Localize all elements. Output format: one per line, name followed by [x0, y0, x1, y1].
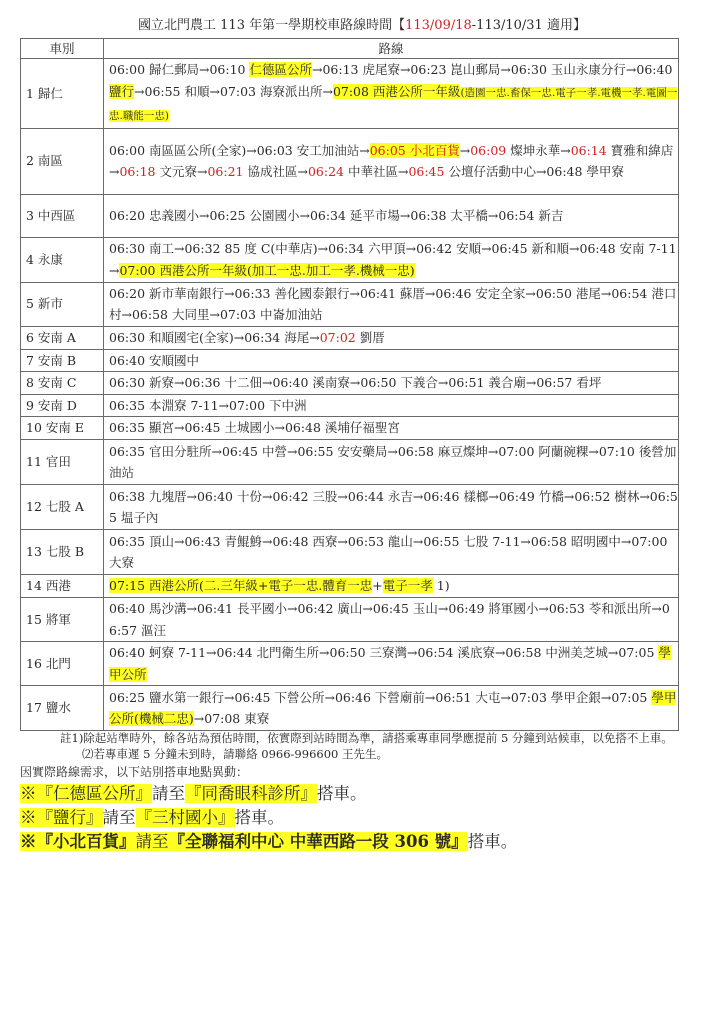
- table-row: 10 安南 E06:35 顯宮→06:45 土城國小→06:48 溪埔仔福聖宮: [21, 417, 679, 440]
- table-row: 12 七股 A06:38 九塊厝→06:40 十份→06:42 三股→06:44…: [21, 485, 679, 530]
- bus-name: 17 鹽水: [21, 686, 104, 731]
- bus-name: 4 永康: [21, 237, 104, 282]
- route-cell: 07:15 西港公所(二.三年級+電子一忠.體育一忠+電子一孝 1): [104, 575, 679, 598]
- highlighted-stop: 06:05: [370, 143, 406, 158]
- highlighted-stop: 電子一孝: [383, 578, 433, 593]
- title-suffix: -113/10/31 適用】: [472, 18, 586, 33]
- bus-name: 16 北門: [21, 642, 104, 686]
- table-row: 11 官田06:35 官田分駐所→06:45 中營→06:55 安安藥局→06:…: [21, 440, 679, 485]
- highlighted-stop: 鹽行: [109, 84, 134, 99]
- route-text: →: [460, 143, 470, 158]
- table-row: 5 新市06:20 新市華南銀行→06:33 善化國泰銀行→06:41 蘇厝→0…: [21, 282, 679, 326]
- route-text: 06:20 新市華南銀行→06:33 善化國泰銀行→06:41 蘇厝→06:46…: [109, 286, 676, 323]
- bus-name: 5 新市: [21, 282, 104, 326]
- title-date-start: 113/09/18: [405, 18, 472, 33]
- route-text: 06:14: [571, 143, 607, 158]
- route-text: 06:35 頂山→06:43 青鯤鯓→06:48 西寮→06:53 龍山→06:…: [109, 534, 667, 571]
- route-cell: 06:20 忠義國小→06:25 公園國小→06:34 延平市場→06:38 太…: [104, 194, 679, 237]
- bus-name: 2 南區: [21, 128, 104, 194]
- stop-change-item: ※『鹽行』請至『三村國小』搭車。: [20, 806, 517, 830]
- highlighted-stop: 07:15 西港公所(二.三年級+電子一忠.體育一忠: [109, 578, 372, 593]
- bus-name: 11 官田: [21, 440, 104, 485]
- table-row: 17 鹽水06:25 鹽水第一銀行→06:45 下營公所→06:46 下營廟前→…: [21, 686, 679, 731]
- change-instruction: 請至: [103, 808, 136, 827]
- route-cell: 06:40 安順國中: [104, 349, 679, 372]
- route-text: 06:30 和順國宅(全家)→06:34 海尾→: [109, 330, 320, 345]
- route-text: 06:45: [408, 164, 444, 179]
- route-text: →06:55 和順→07:03 海寮派出所→: [134, 84, 333, 99]
- route-cell: 06:35 顯宮→06:45 土城國小→06:48 溪埔仔福聖宮: [104, 417, 679, 440]
- route-text: →06:13 虎尾寮→06:23 崑山郵局→06:30 玉山永康分行→06:40: [312, 62, 672, 77]
- bus-name: 7 安南 B: [21, 349, 104, 372]
- header-route: 路線: [104, 39, 679, 59]
- table-header-row: 車別 路線: [21, 39, 679, 59]
- highlighted-stop: 仁德區公所: [249, 62, 312, 77]
- bus-name: 14 西港: [21, 575, 104, 598]
- route-cell: 06:20 新市華南銀行→06:33 善化國泰銀行→06:41 蘇厝→06:46…: [104, 282, 679, 326]
- header-bus: 車別: [21, 39, 104, 59]
- old-stop: ※『鹽行』: [20, 808, 103, 827]
- page-title: 國立北門農工 113 年第一學期校車路線時間【113/09/18-113/10/…: [0, 14, 724, 33]
- table-row: 1 歸仁06:00 歸仁郵局→06:10 仁德區公所→06:13 虎尾寮→06:…: [21, 59, 679, 129]
- bus-name: 6 安南 A: [21, 326, 104, 349]
- table-row: 4 永康06:30 南工→06:32 85 度 C(中華店)→06:34 六甲頂…: [21, 237, 679, 282]
- route-text: 06:00 南區區公所(全家)→06:03 安工加油站→: [109, 143, 370, 158]
- route-text: 06:00 歸仁郵局→06:10: [109, 62, 249, 77]
- note-2: ⑵若專車遲 5 分鐘未到時，請聯絡 0966-996600 王先生。: [82, 746, 724, 762]
- highlighted-stop: 07:08 西港公所一年級: [333, 84, 461, 99]
- route-text: 協成社區→: [244, 164, 308, 179]
- bus-name: 3 中西區: [21, 194, 104, 237]
- table-row: 13 七股 B06:35 頂山→06:43 青鯤鯓→06:48 西寮→06:53…: [21, 530, 679, 575]
- route-cell: 06:30 和順國宅(全家)→06:34 海尾→07:02 劉厝: [104, 326, 679, 349]
- old-stop: ※『小北百貨』: [20, 832, 136, 851]
- route-text: 中華社區→: [344, 164, 408, 179]
- route-cell: 06:25 鹽水第一銀行→06:45 下營公所→06:46 下營廟前→06:51…: [104, 686, 679, 731]
- route-text: 06:40 蚵寮 7-11→06:44 北門衛生所→06:50 三寮灣→06:5…: [109, 645, 658, 660]
- note-3: 因實際路線需求，以下站別搭車地點異動：: [20, 763, 724, 780]
- highlighted-stop: 07:00 西港公所一年級(加工一忠.加工一孝.機械一忠): [119, 263, 414, 278]
- route-text: 1): [433, 578, 450, 593]
- route-text: 劉厝: [356, 330, 385, 345]
- route-cell: 06:35 官田分駐所→06:45 中營→06:55 安安藥局→06:58 麻豆…: [104, 440, 679, 485]
- route-cell: 06:38 九塊厝→06:40 十份→06:42 三股→06:44 永吉→06:…: [104, 485, 679, 530]
- old-stop: ※『仁德區公所』: [20, 784, 152, 803]
- route-text: 06:40 馬沙溝→06:41 長平國小→06:42 廣山→06:45 玉山→0…: [109, 601, 670, 638]
- table-row: 8 安南 C06:30 新寮→06:36 十二佃→06:40 溪南寮→06:50…: [21, 372, 679, 395]
- route-text: 燦坤永華→: [506, 143, 570, 158]
- bus-name: 10 安南 E: [21, 417, 104, 440]
- stop-changes-list: ※『仁德區公所』請至『同喬眼科診所』搭車。※『鹽行』請至『三村國小』搭車。※『小…: [20, 782, 517, 854]
- route-text: 06:20 忠義國小→06:25 公園國小→06:34 延平市場→06:38 太…: [109, 208, 563, 223]
- new-stop: 『同喬眼科診所』: [185, 784, 317, 803]
- route-text: +: [372, 578, 382, 593]
- route-cell: 06:35 本淵寮 7-11→07:00 下中洲: [104, 394, 679, 417]
- route-text: 06:35 顯宮→06:45 土城國小→06:48 溪埔仔福聖宮: [109, 420, 400, 435]
- change-suffix: 搭車。: [468, 832, 518, 851]
- change-suffix: 搭車。: [317, 784, 367, 803]
- route-text: 06:30 新寮→06:36 十二佃→06:40 溪南寮→06:50 下義合→0…: [109, 375, 601, 390]
- route-text: 06:18: [119, 164, 155, 179]
- route-cell: 06:00 歸仁郵局→06:10 仁德區公所→06:13 虎尾寮→06:23 崑…: [104, 59, 679, 129]
- table-row: 9 安南 D06:35 本淵寮 7-11→07:00 下中洲: [21, 394, 679, 417]
- route-cell: 06:30 南工→06:32 85 度 C(中華店)→06:34 六甲頂→06:…: [104, 237, 679, 282]
- route-text: 07:02: [320, 330, 356, 345]
- stop-change-item: ※『小北百貨』請至『全聯福利中心 中華西路一段 306 號』搭車。: [20, 830, 517, 854]
- note-1: 註1)除起站準時外，餘各站為預估時間，依實際到站時間為準，請搭乘專車同學應提前 …: [60, 730, 724, 746]
- route-text: 06:40 安順國中: [109, 353, 199, 368]
- route-text: 06:35 官田分駐所→06:45 中營→06:55 安安藥局→06:58 麻豆…: [109, 444, 676, 481]
- change-instruction: 請至: [136, 832, 169, 851]
- change-instruction: 請至: [152, 784, 185, 803]
- title-prefix: 國立北門農工 113 年第一學期校車路線時間【: [138, 18, 405, 33]
- route-text: 06:24: [308, 164, 344, 179]
- bus-name: 9 安南 D: [21, 394, 104, 417]
- route-cell: 06:00 南區區公所(全家)→06:03 安工加油站→06:05 小北百貨→0…: [104, 128, 679, 194]
- bus-name: 13 七股 B: [21, 530, 104, 575]
- table-row: 2 南區06:00 南區區公所(全家)→06:03 安工加油站→06:05 小北…: [21, 128, 679, 194]
- route-cell: 06:30 新寮→06:36 十二佃→06:40 溪南寮→06:50 下義合→0…: [104, 372, 679, 395]
- route-cell: 06:40 馬沙溝→06:41 長平國小→06:42 廣山→06:45 玉山→0…: [104, 598, 679, 642]
- route-cell: 06:35 頂山→06:43 青鯤鯓→06:48 西寮→06:53 龍山→06:…: [104, 530, 679, 575]
- new-stop: 『三村國小』: [136, 808, 235, 827]
- change-suffix: 搭車。: [235, 808, 285, 827]
- bus-name: 8 安南 C: [21, 372, 104, 395]
- new-stop: 『全聯福利中心 中華西路一段 306 號』: [169, 832, 468, 851]
- table-row: 16 北門06:40 蚵寮 7-11→06:44 北門衛生所→06:50 三寮灣…: [21, 642, 679, 686]
- route-text: 06:21: [207, 164, 243, 179]
- route-text: →07:08 東寮: [194, 711, 269, 726]
- bus-schedule-table: 車別 路線 1 歸仁06:00 歸仁郵局→06:10 仁德區公所→06:13 虎…: [20, 38, 679, 731]
- table-row: 14 西港07:15 西港公所(二.三年級+電子一忠.體育一忠+電子一孝 1): [21, 575, 679, 598]
- stop-change-item: ※『仁德區公所』請至『同喬眼科診所』搭車。: [20, 782, 517, 806]
- table-row: 15 將軍06:40 馬沙溝→06:41 長平國小→06:42 廣山→06:45…: [21, 598, 679, 642]
- route-text: 文元寮→: [156, 164, 208, 179]
- bus-name: 12 七股 A: [21, 485, 104, 530]
- route-text: 06:35 本淵寮 7-11→07:00 下中洲: [109, 398, 307, 413]
- table-row: 3 中西區06:20 忠義國小→06:25 公園國小→06:34 延平市場→06…: [21, 194, 679, 237]
- route-text: 06:25 鹽水第一銀行→06:45 下營公所→06:46 下營廟前→06:51…: [109, 690, 651, 705]
- bus-name: 15 將軍: [21, 598, 104, 642]
- route-text: 公壇仔活動中心→06:48 學甲寮: [444, 164, 623, 179]
- route-cell: 06:40 蚵寮 7-11→06:44 北門衛生所→06:50 三寮灣→06:5…: [104, 642, 679, 686]
- table-row: 6 安南 A06:30 和順國宅(全家)→06:34 海尾→07:02 劉厝: [21, 326, 679, 349]
- route-text: 06:38 九塊厝→06:40 十份→06:42 三股→06:44 永吉→06:…: [109, 489, 678, 526]
- table-row: 7 安南 B06:40 安順國中: [21, 349, 679, 372]
- bus-name: 1 歸仁: [21, 59, 104, 129]
- highlighted-stop: 小北百貨: [406, 143, 460, 158]
- route-text: 06:09: [470, 143, 506, 158]
